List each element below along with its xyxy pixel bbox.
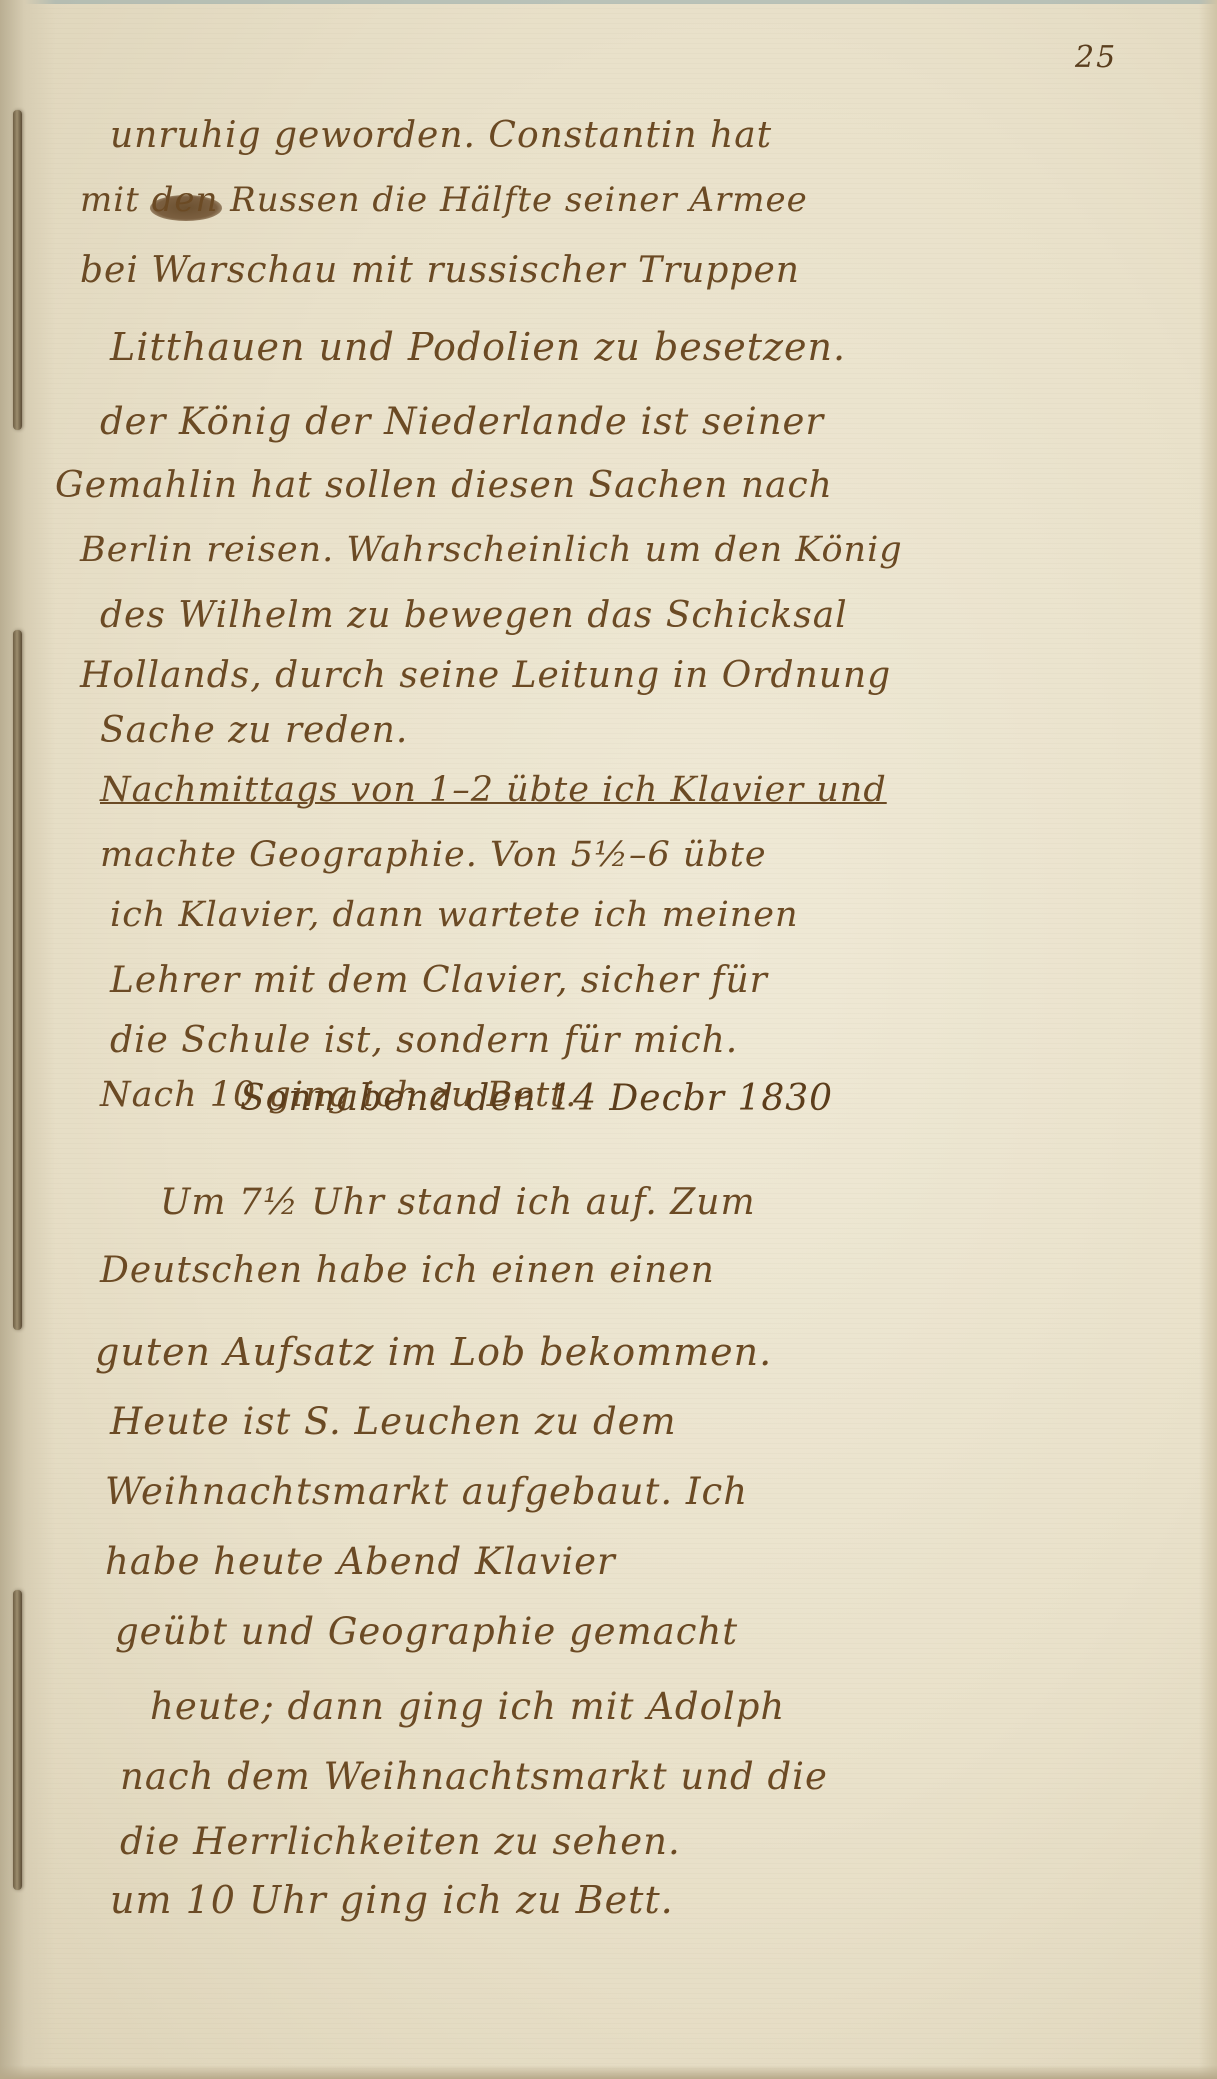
page-number: 25 <box>1075 40 1117 75</box>
text-line: Heute ist S. Leuchen zu dem <box>110 1400 677 1443</box>
text-line: die Schule ist, sondern für mich. <box>110 1020 738 1061</box>
binding-gutter <box>0 0 55 2079</box>
text-line: Um 7½ Uhr stand ich auf. Zum <box>160 1182 756 1223</box>
binding-stitch-2 <box>13 630 22 1330</box>
text-line: unruhig geworden. Constantin hat <box>110 115 772 156</box>
text-line: machte Geographie. Von 5½–6 übte <box>100 835 767 875</box>
page-right-edge <box>1199 0 1217 2079</box>
binding-stitch-1 <box>13 110 22 430</box>
text-line: Weihnachtsmarkt aufgebaut. Ich <box>105 1470 748 1513</box>
page-top-edge <box>0 0 1217 4</box>
text-line: Hollands, durch seine Leitung in Ordnung <box>80 655 891 696</box>
text-line: nach dem Weihnachtsmarkt und die <box>120 1755 828 1798</box>
manuscript-page: 25 unruhig geworden. Constantin hat mit … <box>0 0 1217 2079</box>
text-line: bei Warschau mit russischer Truppen <box>80 250 800 291</box>
text-line: Berlin reisen. Wahrscheinlich um den Kön… <box>80 530 903 570</box>
binding-stitch-3 <box>13 1590 22 1890</box>
text-line: die Herrlichkeiten zu sehen. <box>120 1820 681 1863</box>
text-line: ich Klavier, dann wartete ich meinen <box>110 895 799 935</box>
text-line: Sache zu reden. <box>100 710 408 751</box>
text-line: geübt und Geographie gemacht <box>115 1610 738 1653</box>
text-line: heute; dann ging ich mit Adolph <box>150 1685 785 1728</box>
text-line: Gemahlin hat sollen diesen Sachen nach <box>55 465 833 506</box>
text-line: der König der Niederlande ist seiner <box>100 400 824 443</box>
text-line: Deutschen habe ich einen einen <box>100 1250 715 1291</box>
text-line: um 10 Uhr ging ich zu Bett. <box>110 1878 674 1922</box>
text-line: habe heute Abend Klavier <box>105 1540 616 1583</box>
entry-date-heading: Sonnabend den 14 Decbr 1830 <box>240 1078 833 1119</box>
text-line: Litthauen und Podolien zu besetzen. <box>110 325 846 369</box>
text-line: Lehrer mit dem Clavier, sicher für <box>110 960 768 1001</box>
text-line: mit den Russen die Hälfte seiner Armee <box>80 180 808 220</box>
text-line: Nachmittags von 1–2 übte ich Klavier und <box>100 770 887 810</box>
text-line: des Wilhelm zu bewegen das Schicksal <box>100 595 848 636</box>
text-line: guten Aufsatz im Lob bekommen. <box>95 1330 772 1374</box>
page-bottom-edge <box>0 2065 1217 2079</box>
